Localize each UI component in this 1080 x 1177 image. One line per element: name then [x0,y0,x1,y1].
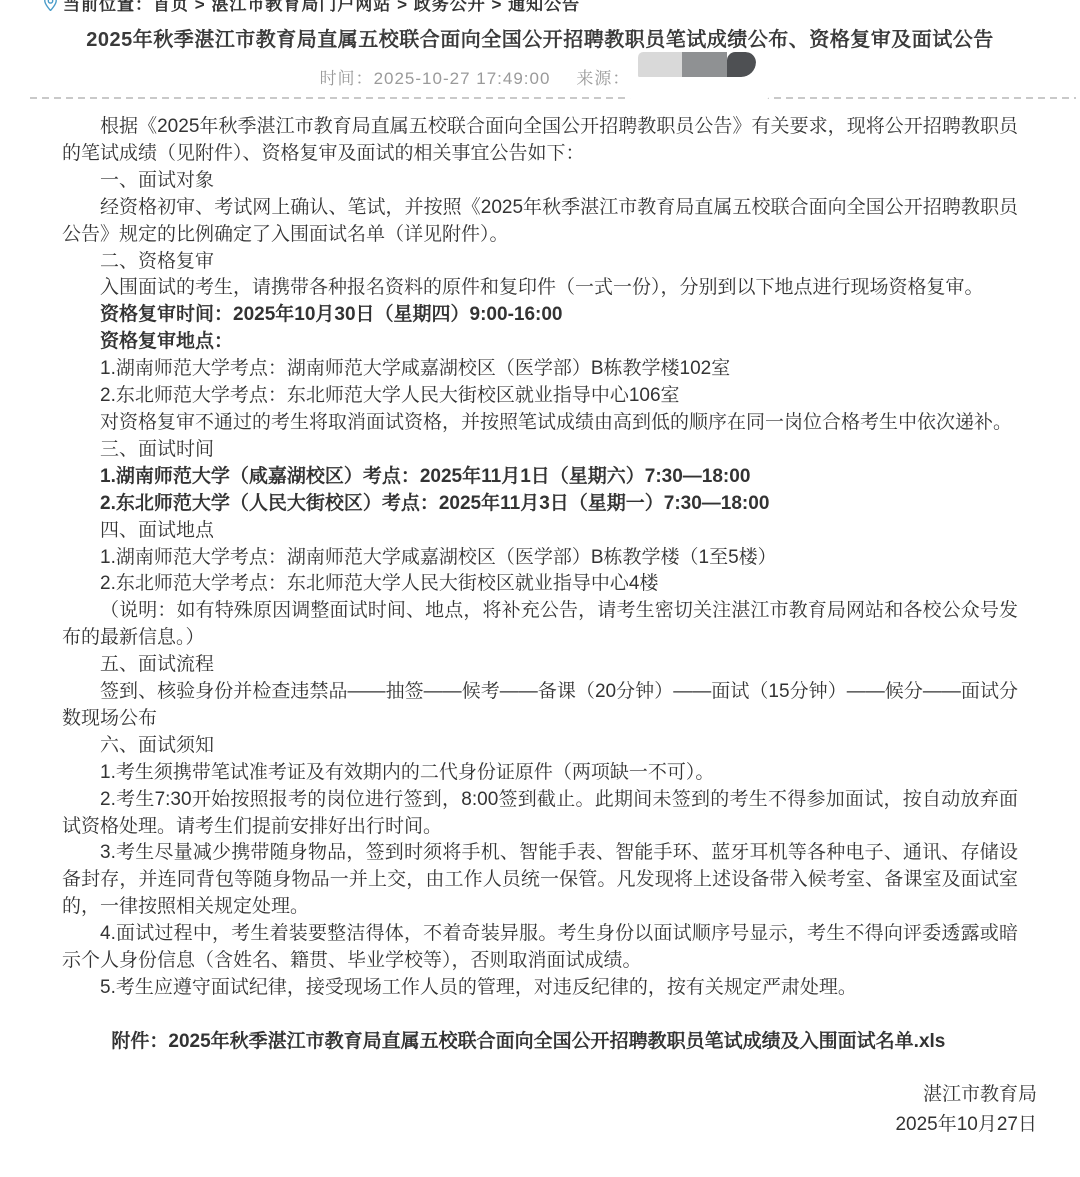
section-heading: 四、面试地点 [62,518,1018,545]
paragraph: 根据《2025年秋季湛江市教育局直属五校联合面向全国公开招聘教职员公告》有关要求… [62,114,1018,168]
page-title: 2025年秋季湛江市教育局直属五校联合面向全国公开招聘教职员笔试成绩公布、资格复… [30,25,1050,55]
paragraph: 1.考生须携带笔试准考证及有效期内的二代身份证原件（两项缺一不可）。 [62,760,1018,787]
paragraph: 对资格复审不通过的考生将取消面试资格，并按照笔试成绩由高到低的顺序在同一岗位合格… [62,410,1018,437]
paragraph: 资格复审时间：2025年10月30日（星期四）9:00-16:00 [62,302,1018,329]
meta-time-label: 时间： [320,69,374,88]
breadcrumb-text[interactable]: 当前位置：首页 > 湛江市教育局门户网站 > 政务公开 > 通知公告 [63,0,580,12]
location-pin-icon [44,0,57,11]
paragraph: 1.湖南师范大学考点：湖南师范大学咸嘉湖校区（医学部）B栋教学楼（1至5楼） [62,545,1018,572]
meta-line: 时间：2025-10-27 17:49:00来源： [0,64,1080,92]
section-heading: 六、面试须知 [62,733,1018,760]
meta-source-label: 来源： [576,69,630,88]
section-heading: 五、面试流程 [62,652,1018,679]
paragraph: 2.考生7:30开始按照报考的岗位进行签到，8:00签到截止。此期间未签到的考生… [62,787,1018,841]
paragraph: 2.东北师范大学考点：东北师范大学人民大街校区就业指导中心106室 [62,383,1018,410]
paragraph: 1.湖南师范大学（咸嘉湖校区）考点：2025年11月1日（星期六）7:30—18… [62,464,1018,491]
paragraph: 4.面试过程中，考生着装要整洁得体，不着奇装异服。考生身份以面试顺序号显示，考生… [62,921,1018,975]
paragraph: 入围面试的考生，请携带各种报名资料的原件和复印件（一式一份），分别到以下地点进行… [62,275,1018,302]
redaction-block-light [638,52,682,77]
dashed-divider [30,97,1076,99]
section-heading: 三、面试时间 [62,437,1018,464]
paragraph: 资格复审地点： [62,329,1018,356]
paragraph: 签到、核验身份并检查违禁品——抽签——候考——备课（20分钟）——面试（15分钟… [62,679,1018,733]
redaction-blob [638,52,756,77]
paragraph: （说明：如有特殊原因调整面试时间、地点，将补充公告，请考生密切关注湛江市教育局网… [62,598,1018,652]
attachment-link[interactable]: 附件：2025年秋季湛江市教育局直属五校联合面向全国公开招聘教职员笔试成绩及入围… [0,1029,1080,1056]
article-body: 根据《2025年秋季湛江市教育局直属五校联合面向全国公开招聘教职员公告》有关要求… [0,114,1080,1002]
signature-date: 2025年10月27日 [0,1110,1037,1140]
paragraph: 2.东北师范大学（人民大街校区）考点：2025年11月3日（星期一）7:30—1… [62,491,1018,518]
signature-org: 湛江市教育局 [0,1080,1037,1110]
paragraph: 经资格初审、考试网上确认、笔试，并按照《2025年秋季湛江市教育局直属五校联合面… [62,195,1018,249]
paragraph: 5.考生应遵守面试纪律，接受现场工作人员的管理，对违反纪律的，按有关规定严肃处理… [62,975,1018,1002]
paragraph: 1.湖南师范大学考点：湖南师范大学咸嘉湖校区（医学部）B栋教学楼102室 [62,356,1018,383]
redacted-source [638,64,760,90]
paragraph: 2.东北师范大学考点：东北师范大学人民大街校区就业指导中心4楼 [62,571,1018,598]
signature-block: 湛江市教育局 2025年10月27日 [0,1080,1080,1140]
paragraph: 3.考生尽量减少携带随身物品，签到时须将手机、智能手表、智能手环、蓝牙耳机等各种… [62,840,1018,921]
meta-time-value: 2025-10-27 17:49:00 [374,69,551,88]
section-heading: 二、资格复审 [62,249,1018,276]
breadcrumb: 当前位置：首页 > 湛江市教育局门户网站 > 政务公开 > 通知公告 [0,0,1080,12]
redaction-block-mid [682,52,727,77]
section-heading: 一、面试对象 [62,168,1018,195]
announcement-page: 当前位置：首页 > 湛江市教育局门户网站 > 政务公开 > 通知公告 2025年… [0,0,1080,1177]
